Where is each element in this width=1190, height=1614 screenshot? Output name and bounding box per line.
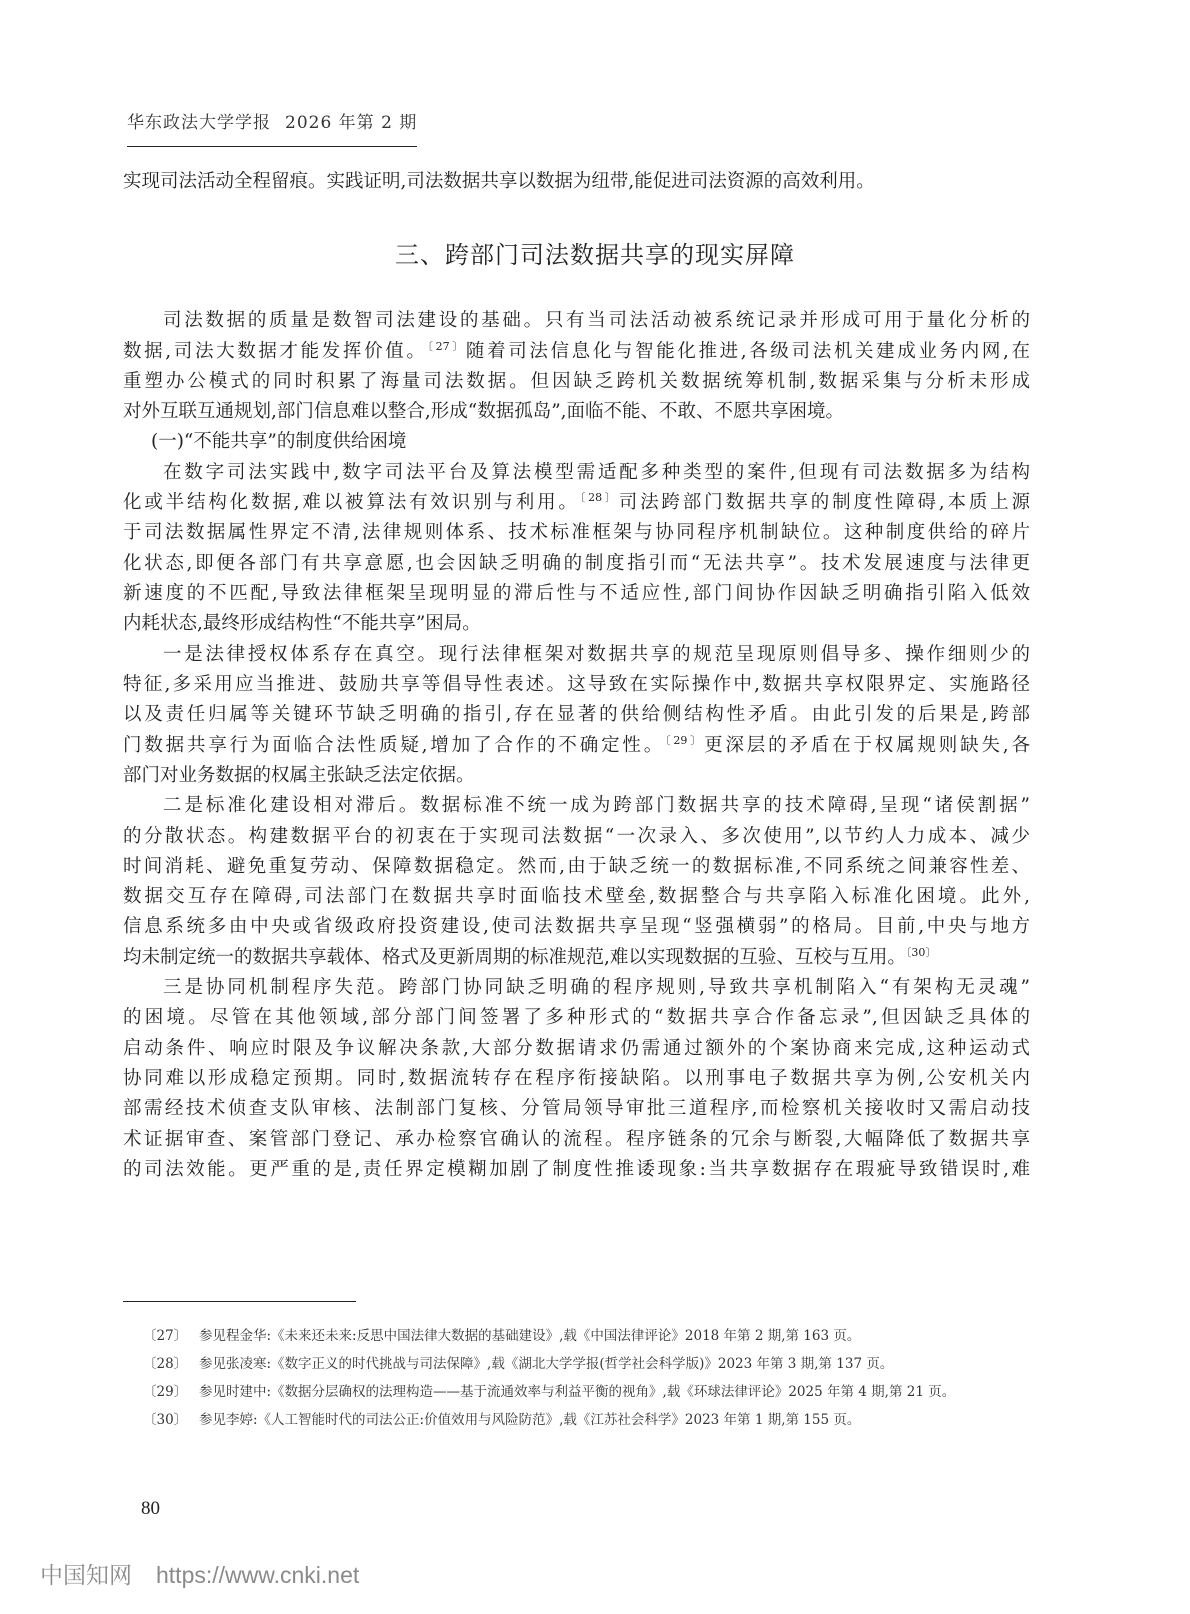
body-line: 化状态,即便各部门有共享意愿,也会因缺乏明确的制度指引而“无法共享”。技术发展速… bbox=[123, 552, 1030, 576]
footnote-number: 〔27〕 bbox=[143, 1327, 199, 1345]
body-line: 以及责任归属等关键环节缺乏明确的指引,存在显著的供给侧结构性矛盾。由此引发的后果… bbox=[123, 703, 1030, 727]
page-number: 80 bbox=[141, 1498, 160, 1520]
watermark-url: https://www.cnki.net bbox=[156, 1562, 359, 1588]
footnote-ref[interactable]: 〔27〕 bbox=[428, 340, 466, 353]
body-line: 术证据审查、案管部门登记、承办检察官确认的流程。程序链条的冗余与断裂,大幅降低了… bbox=[123, 1128, 1030, 1152]
body-line: 司法数据的质量是数智司法建设的基础。只有当司法活动被系统记录并形成可用于量化分析… bbox=[123, 309, 1030, 333]
footnote-item: 〔28〕参见张凌寒:《数字正义的时代挑战与司法保障》,载《湖北大学学报(哲学社会… bbox=[143, 1355, 893, 1373]
body-line: 化或半结构化数据,难以被算法有效识别与利用。〔28〕司法跨部门数据共享的制度性障… bbox=[123, 491, 1030, 515]
footnote-text: 参见时建中:《数据分层确权的法理构造——基于流通效率与利益平衡的视角》,载《环球… bbox=[199, 1384, 955, 1400]
body-line: 部需经技术侦查支队审核、法制部门复核、分管局领导审批三道程序,而检察机关接收时又… bbox=[123, 1097, 1030, 1121]
body-line: 部门对业务数据的权属主张缺乏法定依据。 bbox=[123, 764, 1030, 788]
footnote-item: 〔30〕参见李婷:《人工智能时代的司法公正:价值效用与风险防范》,载《江苏社会科… bbox=[143, 1411, 860, 1429]
body-line: 一是法律授权体系存在真空。现行法律框架对数据共享的规范呈现原则倡导多、操作细则少… bbox=[123, 643, 1030, 667]
footnote-item: 〔29〕参见时建中:《数据分层确权的法理构造——基于流通效率与利益平衡的视角》,… bbox=[143, 1383, 955, 1401]
section-title: 三、跨部门司法数据共享的现实屏障 bbox=[0, 240, 1190, 270]
body-line: (一)“不能共享”的制度供给困境 bbox=[123, 430, 1030, 454]
body-line: 在数字司法实践中,数字司法平台及算法模型需适配多种类型的案件,但现有司法数据多为… bbox=[123, 461, 1030, 485]
body-line: 的司法效能。更严重的是,责任界定模糊加剧了制度性推诿现象:当共享数据存在瑕疵导致… bbox=[123, 1158, 1030, 1182]
footnote-ref[interactable]: 〔28〕 bbox=[580, 491, 619, 504]
footnote-rule bbox=[123, 1301, 356, 1302]
watermark: 中国知网https://www.cnki.net bbox=[40, 1557, 359, 1590]
body-line: 协同难以形成稳定预期。同时,数据流转存在程序衔接缺陷。以刑事电子数据共享为例,公… bbox=[123, 1067, 1030, 1091]
body-line: 对外互联互通规划,部门信息难以整合,形成“数据孤岛”,面临不能、不敢、不愿共享困… bbox=[123, 400, 1030, 424]
footnote-text: 参见张凌寒:《数字正义的时代挑战与司法保障》,载《湖北大学学报(哲学社会科学版)… bbox=[199, 1356, 893, 1372]
body-line: 数据交互存在障碍,司法部门在数据共享时面临技术壁垒,数据整合与共享陷入标准化困境… bbox=[123, 885, 1030, 909]
body-line: 时间消耗、避免重复劳动、保障数据稳定。然而,由于缺乏统一的数据标准,不同系统之间… bbox=[123, 855, 1030, 879]
running-header: 华东政法大学学报2026 年第 2 期 bbox=[127, 108, 417, 133]
header-rule bbox=[127, 146, 417, 147]
body-line: 特征,多采用应当推进、鼓励共享等倡导性表述。这导致在实际操作中,数据共享权限界定… bbox=[123, 673, 1030, 697]
footnote-number: 〔30〕 bbox=[143, 1411, 199, 1429]
body-line: 启动条件、响应时限及争议解决条款,大部分数据请求仍需通过额外的个案协商来完成,这… bbox=[123, 1037, 1030, 1061]
body-line: 实现司法活动全程留痕。实践证明,司法数据共享以数据为纽带,能促进司法资源的高效利… bbox=[123, 170, 1030, 194]
body-line: 新速度的不匹配,导致法律框架呈现明显的滞后性与不适应性,部门间协作因缺乏明确指引… bbox=[123, 582, 1030, 606]
footnote-number: 〔28〕 bbox=[143, 1355, 199, 1373]
body-line: 内耗状态,最终形成结构性“不能共享”困局。 bbox=[123, 612, 1030, 636]
body-line: 门数据共享行为面临合法性质疑,增加了合作的不确定性。〔29〕更深层的矛盾在于权属… bbox=[123, 734, 1030, 758]
body-line: 均未制定统一的数据共享载体、格式及更新周期的标准规范,难以实现数据的互验、互校与… bbox=[123, 946, 1030, 970]
body-line: 重塑办公模式的同时积累了海量司法数据。但因缺乏跨机关数据统筹机制,数据采集与分析… bbox=[123, 370, 1030, 394]
footnote-text: 参见程金华:《未来还未来:反思中国法律大数据的基础建设》,载《中国法律评论》20… bbox=[199, 1328, 860, 1344]
footnote-ref[interactable]: 〔30〕 bbox=[906, 946, 937, 959]
body-line: 三是协同机制程序失范。跨部门协同缺乏明确的程序规则,导致共享机制陷入“有架构无灵… bbox=[123, 976, 1030, 1000]
watermark-brand: 中国知网 bbox=[40, 1562, 132, 1588]
footnote-item: 〔27〕参见程金华:《未来还未来:反思中国法律大数据的基础建设》,载《中国法律评… bbox=[143, 1327, 860, 1345]
body-line: 的分散状态。构建数据平台的初衷在于实现司法数据“一次录入、多次使用”,以节约人力… bbox=[123, 825, 1030, 849]
body-line: 于司法数据属性界定不清,法律规则体系、技术标准框架与协同程序机制缺位。这种制度供… bbox=[123, 521, 1030, 545]
issue-label: 2026 年第 2 期 bbox=[285, 113, 417, 133]
body-line: 二是标准化建设相对滞后。数据标准不统一成为跨部门数据共享的技术障碍,呈现“诸侯割… bbox=[123, 794, 1030, 818]
footnote-text: 参见李婷:《人工智能时代的司法公正:价值效用与风险防范》,载《江苏社会科学》20… bbox=[199, 1412, 860, 1428]
body-line: 信息系统多由中央或省级政府投资建设,使司法数据共享呈现“竖强横弱”的格局。目前,… bbox=[123, 915, 1030, 939]
journal-name: 华东政法大学学报 bbox=[127, 113, 271, 133]
footnote-number: 〔29〕 bbox=[143, 1383, 199, 1401]
footnote-ref[interactable]: 〔29〕 bbox=[665, 734, 704, 747]
body-line: 数据,司法大数据才能发挥价值。〔27〕随着司法信息化与智能化推进,各级司法机关建… bbox=[123, 340, 1030, 364]
body-line: 的困境。尽管在其他领域,部分部门间签署了多种形式的“数据共享合作备忘录”,但因缺… bbox=[123, 1006, 1030, 1030]
